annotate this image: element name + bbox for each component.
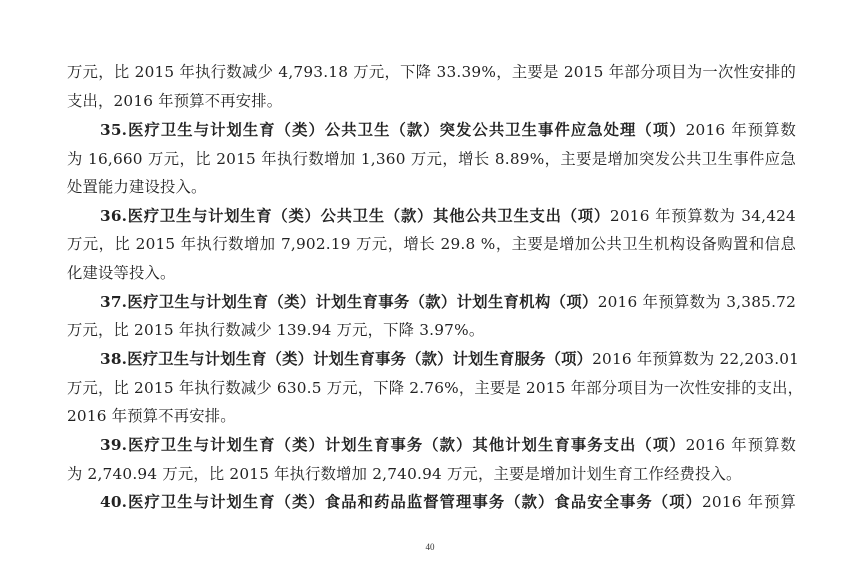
document-page: 万元，比 2015 年执行数减少 4,793.18 万元，下降 33.39%，主… bbox=[0, 0, 860, 567]
page-number: 40 bbox=[0, 542, 860, 552]
line-text: 万元，比 2015 年执行数减少 4,793.18 万元，下降 33.39%，主… bbox=[67, 63, 796, 81]
line-text: 支出，2016 年预算不再安排。 bbox=[67, 92, 282, 110]
line-text: 化建设等投入。 bbox=[67, 264, 175, 282]
item-title: 35.医疗卫生与计划生育（类）公共卫生（款）突发公共卫生事件应急处理（项） bbox=[100, 121, 686, 139]
line-text: 2016 年预算数 bbox=[686, 436, 796, 454]
item-38-line-2: 万元，比 2015 年执行数减少 630.5 万元，下降 2.76%，主要是 2… bbox=[67, 374, 796, 402]
item-title: 40.医疗卫生与计划生育（类）食品和药品监督管理事务（款）食品安全事务（项） bbox=[100, 493, 702, 511]
item-37-line-2: 万元，比 2015 年执行数减少 139.94 万元，下降 3.97%。 bbox=[67, 316, 796, 344]
item-36-line-2: 万元，比 2015 年执行数增加 7,902.19 万元，增长 29.8 %，主… bbox=[67, 230, 796, 258]
paragraph-34-line-1: 万元，比 2015 年执行数减少 4,793.18 万元，下降 33.39%，主… bbox=[67, 58, 796, 86]
line-text: 2016 年预算数为 34,424 bbox=[610, 207, 796, 225]
line-text: 万元，比 2015 年执行数增加 7,902.19 万元，增长 29.8 %，主… bbox=[67, 235, 796, 253]
line-text: 万元，比 2015 年执行数减少 630.5 万元，下降 2.76%，主要是 2… bbox=[67, 379, 803, 397]
line-text: 处置能力建设投入。 bbox=[67, 178, 206, 196]
item-35-line-3: 处置能力建设投入。 bbox=[67, 173, 796, 201]
line-text: 为 2,740.94 万元，比 2015 年执行数增加 2,740.94 万元，… bbox=[67, 465, 741, 483]
item-title: 38.医疗卫生与计划生育（类）计划生育事务（款）计划生育服务（项） bbox=[100, 350, 592, 368]
item-39-line-2: 为 2,740.94 万元，比 2015 年执行数增加 2,740.94 万元，… bbox=[67, 460, 796, 488]
item-37-heading: 37.医疗卫生与计划生育（类）计划生育事务（款）计划生育机构（项）2016 年预… bbox=[100, 288, 796, 316]
item-39-heading: 39.医疗卫生与计划生育（类）计划生育事务（款）其他计划生育事务支出（项）201… bbox=[100, 431, 796, 459]
line-text: 2016 年预算 bbox=[702, 493, 796, 511]
item-38-heading: 38.医疗卫生与计划生育（类）计划生育事务（款）计划生育服务（项）2016 年预… bbox=[100, 345, 796, 373]
item-38-line-3: 2016 年预算不再安排。 bbox=[67, 402, 796, 430]
item-title: 37.医疗卫生与计划生育（类）计划生育事务（款）计划生育机构（项） bbox=[100, 293, 598, 311]
line-text: 2016 年预算数为 22,203.01 bbox=[592, 350, 799, 368]
item-40-heading: 40.医疗卫生与计划生育（类）食品和药品监督管理事务（款）食品安全事务（项）20… bbox=[100, 488, 796, 516]
line-text: 万元，比 2015 年执行数减少 139.94 万元，下降 3.97%。 bbox=[67, 321, 484, 339]
item-35-heading: 35.医疗卫生与计划生育（类）公共卫生（款）突发公共卫生事件应急处理（项）201… bbox=[100, 116, 796, 144]
line-text: 2016 年预算数为 3,385.72 bbox=[598, 293, 796, 311]
line-text: 为 16,660 万元，比 2015 年执行数增加 1,360 万元，增长 8.… bbox=[67, 150, 796, 168]
paragraph-34-line-2: 支出，2016 年预算不再安排。 bbox=[67, 87, 796, 115]
item-35-line-2: 为 16,660 万元，比 2015 年执行数增加 1,360 万元，增长 8.… bbox=[67, 145, 796, 173]
line-text: 2016 年预算数 bbox=[686, 121, 796, 139]
item-36-heading: 36.医疗卫生与计划生育（类）公共卫生（款）其他公共卫生支出（项）2016 年预… bbox=[100, 202, 796, 230]
item-title: 36.医疗卫生与计划生育（类）公共卫生（款）其他公共卫生支出（项） bbox=[100, 207, 610, 225]
item-title: 39.医疗卫生与计划生育（类）计划生育事务（款）其他计划生育事务支出（项） bbox=[100, 436, 686, 454]
line-text: 2016 年预算不再安排。 bbox=[67, 407, 236, 425]
item-36-line-3: 化建设等投入。 bbox=[67, 259, 796, 287]
